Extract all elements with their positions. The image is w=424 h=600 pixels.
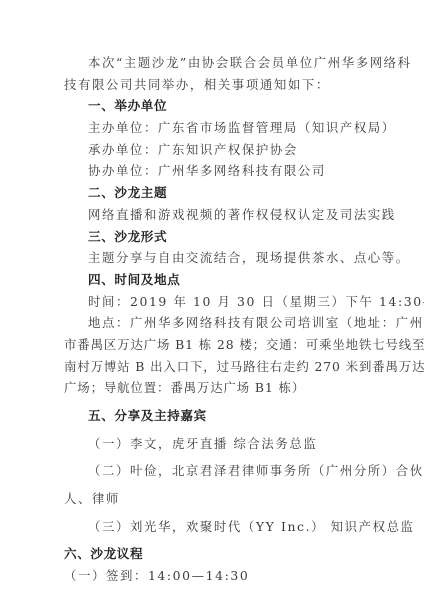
format-text: 主题分享与自由交流结合，现场提供茶水、点心等。 — [64, 247, 361, 269]
event-place-line-3: 南村万博站 B 出入口下，过马路往右走约 270 米到番禺万达 — [64, 356, 361, 378]
intro-line-1: 本次“主题沙龙”由协会联合会员单位广州华多网络科 — [64, 52, 361, 74]
organizer-co-organizer: 协办单位：广州华多网络科技有限公司 — [64, 160, 361, 182]
theme-text: 网络直播和游戏视频的著作权侵权认定及司法实践 — [64, 204, 361, 226]
section-heading-guests: 五、分享及主持嘉宾 — [64, 405, 361, 427]
document-page: 本次“主题沙龙”由协会联合会员单位广州华多网络科 技有限公司共同举办，相关事项通… — [64, 52, 361, 587]
guest-2-continued: 人、律师 — [64, 488, 361, 510]
guest-2: （二）叶俭，北京君泽君律师事务所（广州分所）合伙 — [64, 460, 361, 482]
guest-3: （三）刘光华，欢聚时代（YY Inc.） 知识产权总监 — [64, 516, 361, 538]
agenda-item-1: （一）签到：14:00—14:30 — [64, 565, 361, 587]
event-time: 时间：2019 年 10 月 30 日（星期三）下午 14:30—17:20 — [64, 291, 361, 313]
organizer-undertaker: 承办单位：广东知识产权保护协会 — [64, 139, 361, 161]
intro-line-2: 技有限公司共同举办，相关事项通知如下： — [64, 74, 361, 96]
section-heading-agenda: 六、沙龙议程 — [64, 543, 361, 565]
section-heading-format: 三、沙龙形式 — [64, 226, 361, 248]
event-place-line-2: 市番禺区万达广场 B1 栋 28 楼；交通：可乘坐地铁七号线至 — [64, 334, 361, 356]
organizer-host: 主办单位：广东省市场监督管理局（知识产权局） — [64, 117, 361, 139]
section-heading-organizers: 一、举办单位 — [64, 95, 361, 117]
section-heading-theme: 二、沙龙主题 — [64, 182, 361, 204]
guest-1: （一）李文，虎牙直播 综合法务总监 — [64, 433, 361, 455]
section-heading-time-place: 四、时间及地点 — [64, 269, 361, 291]
event-place-line-4: 广场；导航位置：番禺万达广场 B1 栋） — [64, 377, 361, 399]
event-place-line-1: 地点：广州华多网络科技有限公司培训室（地址：广州 — [64, 312, 361, 334]
